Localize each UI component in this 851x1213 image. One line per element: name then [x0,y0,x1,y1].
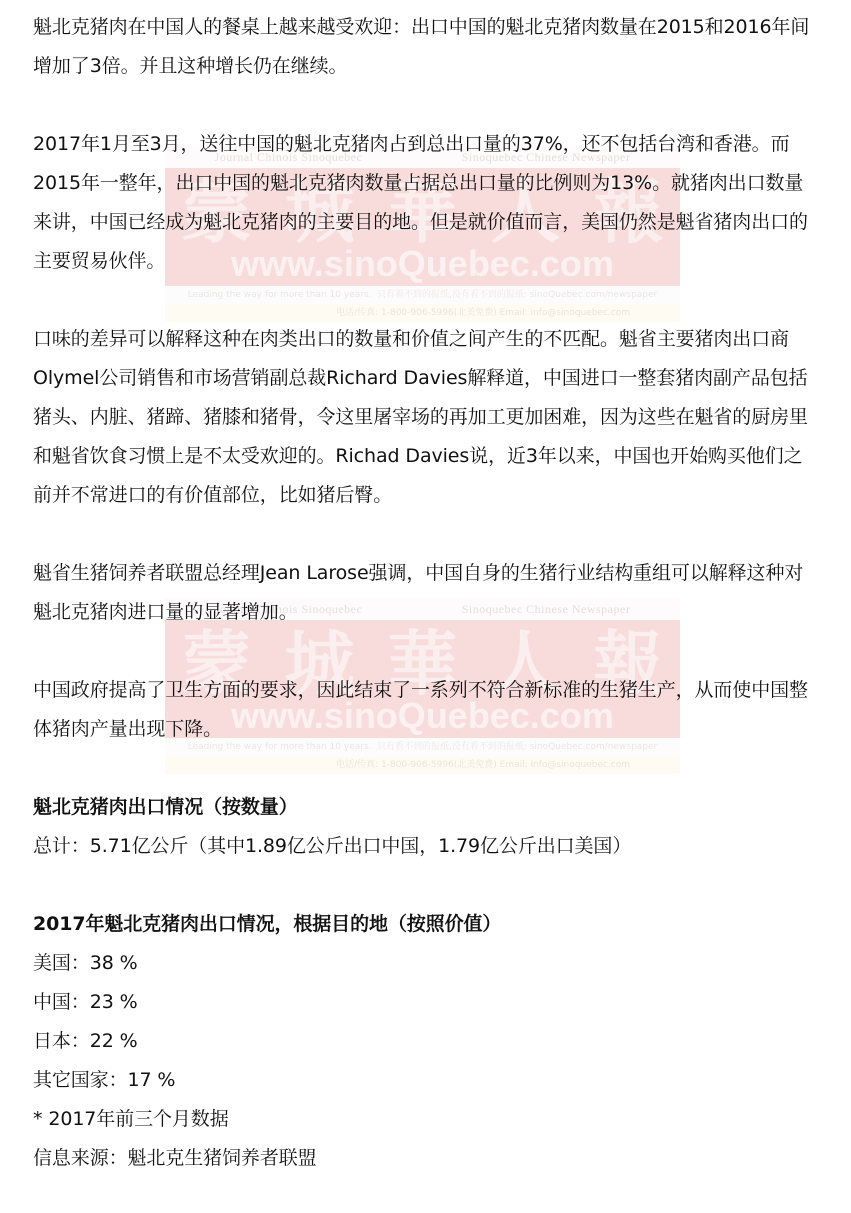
paragraph-intro: 魁北克猪肉在中国人的餐桌上越来越受欢迎：出口中国的魁北克猪肉数量在2015和20… [33,8,818,86]
value-item-usa: 美国：38 % [33,944,818,983]
volume-heading: 魁北克猪肉出口情况（按数量） [33,788,818,827]
volume-total: 总计：5.71亿公斤（其中1.89亿公斤出口中国，1.79亿公斤出口美国） [33,827,818,866]
value-item-china: 中国：23 % [33,983,818,1022]
value-item-japan: 日本：22 % [33,1022,818,1061]
value-heading: 2017年魁北克猪肉出口情况，根据目的地（按照价值） [33,905,818,944]
paragraph-hygiene: 中国政府提高了卫生方面的要求，因此结束了一系列不符合新标准的生猪生产，从而使中国… [33,671,818,749]
paragraph-restructuring: 魁省生猪饲养者联盟总经理Jean Larose强调，中国自身的生猪行业结构重组可… [33,554,818,632]
value-footnote: * 2017年前三个月数据 [33,1100,818,1139]
volume-section: 魁北克猪肉出口情况（按数量） 总计：5.71亿公斤（其中1.89亿公斤出口中国，… [33,788,818,866]
value-item-other: 其它国家：17 % [33,1061,818,1100]
value-source: 信息来源：魁北克生猪饲养者联盟 [33,1139,818,1178]
paragraph-export-share: 2017年1月至3月，送往中国的魁北克猪肉占到总出口量的37%，还不包括台湾和香… [33,125,818,281]
paragraph-taste-difference: 口味的差异可以解释这种在肉类出口的数量和价值之间产生的不匹配。魁省主要猪肉出口商… [33,320,818,515]
article-body: 魁北克猪肉在中国人的餐桌上越来越受欢迎：出口中国的魁北克猪肉数量在2015和20… [0,0,818,1178]
value-section: 2017年魁北克猪肉出口情况，根据目的地（按照价值） 美国：38 % 中国：23… [33,905,818,1178]
